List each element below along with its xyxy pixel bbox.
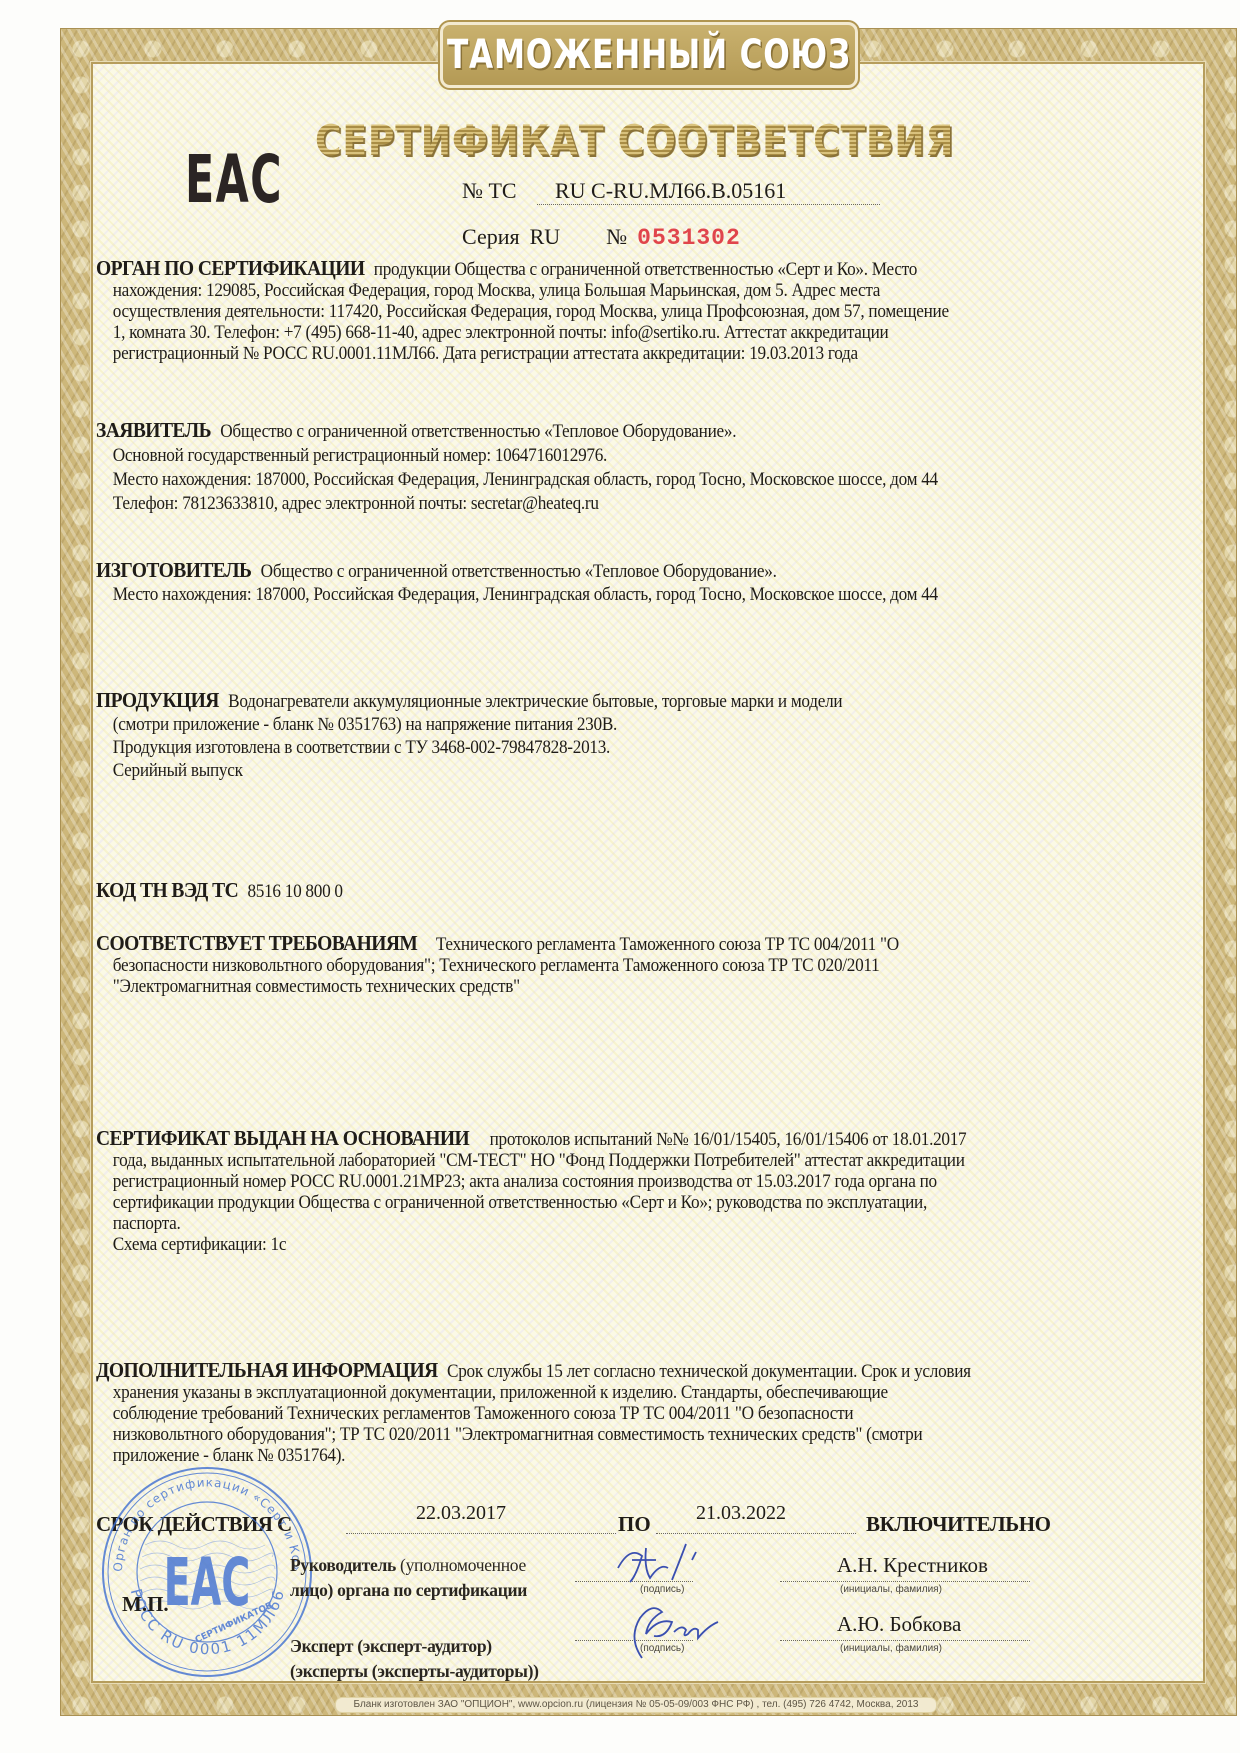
- section-product: ПРОДУКЦИЯВодонагреватели аккумуляционные…: [96, 690, 1100, 782]
- section-text: Место нахождения: 187000, Российская Фед…: [96, 470, 1100, 491]
- section-text: хранения указаны в эксплуатационной доку…: [96, 1383, 1100, 1404]
- document-title: СЕРТИФИКАТ СООТВЕТСТВИЯ: [345, 118, 925, 162]
- section-text: Продукция изготовлена в соответствии с Т…: [96, 738, 1100, 759]
- customs-union-banner: ТАМОЖЕННЫЙ СОЮЗ: [440, 22, 858, 88]
- validity-inclusive-label: ВКЛЮЧИТЕЛЬНО: [866, 1512, 1051, 1537]
- section-text: сертификации продукции Общества с ограни…: [96, 1193, 1100, 1214]
- svg-text:ЕАС: ЕАС: [164, 1543, 251, 1621]
- section-text: низковольтного оборудования"; ТР ТС 020/…: [96, 1425, 1100, 1446]
- section-text: нахождения: 129085, Российская Федерация…: [96, 281, 1100, 302]
- name-caption: (инициалы, фамилия): [840, 1584, 942, 1595]
- expert-signature-icon: [618, 1598, 728, 1668]
- certification-stamp-icon: ЕАС Орган по сертификации «Серт и Ко» РО…: [100, 1465, 315, 1680]
- section-text: (смотри приложение - бланк № 0351763) на…: [96, 715, 1100, 736]
- section-heading: ОРГАН ПО СЕРТИФИКАЦИИ: [96, 256, 364, 280]
- seal-place-label: М.П.: [122, 1592, 169, 1617]
- section-heading: ЗАЯВИТЕЛЬ: [96, 418, 211, 442]
- validity-to-date: 21.03.2022: [656, 1502, 856, 1534]
- head-name: А.Н. Крестников: [837, 1553, 988, 1578]
- validity-from-date: 22.03.2017: [346, 1502, 616, 1534]
- head-role-label: Руководитель (уполномоченное лицо) орган…: [290, 1553, 527, 1603]
- section-text: Технического регламента Таможенного союз…: [436, 935, 899, 955]
- section-heading: ИЗГОТОВИТЕЛЬ: [96, 558, 251, 582]
- series-value: RU: [530, 224, 561, 250]
- validity-to-label: ПО: [618, 1512, 651, 1537]
- section-text: Общество с ограниченной ответственностью…: [261, 562, 777, 582]
- section-text: Серийный выпуск: [96, 761, 1100, 782]
- section-text: продукции Общества с ограниченной ответс…: [374, 260, 917, 280]
- section-text: года, выданных испытательной лабораторие…: [96, 1151, 1100, 1172]
- certificate-number: № ТС RU C-RU.МЛ66.В.05161: [462, 178, 880, 205]
- section-text: Основной государственный регистрационный…: [96, 446, 1100, 467]
- head-name-line: [780, 1581, 1030, 1582]
- role-text: (уполномоченное: [400, 1555, 526, 1575]
- tnved-code-value: 8516 10 800 0: [247, 882, 342, 902]
- section-text: Место нахождения: 187000, Российская Фед…: [96, 585, 1100, 606]
- role-text: органа по сертификации: [337, 1580, 527, 1600]
- section-issued-basis: СЕРТИФИКАТ ВЫДАН НА ОСНОВАНИИпротоколов …: [96, 1128, 1100, 1256]
- blank-number-label: №: [606, 224, 627, 250]
- certificate-number-value: RU C-RU.МЛ66.В.05161: [537, 178, 880, 205]
- section-text: осуществления деятельности: 117420, Росс…: [96, 302, 1100, 323]
- section-text: соблюдение требований Технических реглам…: [96, 1404, 1100, 1425]
- blank-series: Серия RU № 0531302: [462, 224, 741, 251]
- section-manufacturer: ИЗГОТОВИТЕЛЬОбщество с ограниченной отве…: [96, 560, 1100, 606]
- section-text: Срок службы 15 лет согласно технической …: [447, 1362, 971, 1382]
- section-requirements: СООТВЕТСТВУЕТ ТРЕБОВАНИЯМТехнического ре…: [96, 933, 1100, 998]
- section-text: Телефон: 78123633810, адрес электронной …: [96, 494, 1100, 515]
- section-heading: СООТВЕТСТВУЕТ ТРЕБОВАНИЯМ: [96, 931, 417, 955]
- section-heading: ПРОДУКЦИЯ: [96, 688, 219, 712]
- role-text: (эксперты (эксперты-аудиторы)): [290, 1659, 539, 1684]
- signature-caption: (подпись): [640, 1643, 684, 1654]
- expert-name: А.Ю. Бобкова: [837, 1612, 961, 1637]
- role-text: Эксперт (эксперт-аудитор): [290, 1634, 539, 1659]
- section-text: регистрационный № РОСС RU.0001.11МЛ66. Д…: [96, 344, 1100, 365]
- section-text: Схема сертификации: 1с: [96, 1235, 1100, 1256]
- section-applicant: ЗАЯВИТЕЛЬОбщество с ограниченной ответст…: [96, 420, 1100, 515]
- section-text: регистрационный номер РОСС RU.0001.21МР2…: [96, 1172, 1100, 1193]
- banner-text: ТАМОЖЕННЫЙ СОЮЗ: [447, 32, 851, 78]
- role-text: лицо): [290, 1580, 333, 1600]
- section-heading: СЕРТИФИКАТ ВЫДАН НА ОСНОВАНИИ: [96, 1126, 469, 1150]
- section-text: протоколов испытаний №№ 16/01/15405, 16/…: [490, 1130, 967, 1150]
- blank-printer-imprint: Бланк изготовлен ЗАО "ОПЦИОН", www.opcio…: [335, 1697, 937, 1713]
- series-label: Серия: [462, 224, 520, 250]
- section-text: Водонагреватели аккумуляционные электрич…: [228, 692, 842, 712]
- section-additional-info: ДОПОЛНИТЕЛЬНАЯ ИНФОРМАЦИЯСрок службы 15 …: [96, 1360, 1100, 1467]
- section-text: паспорта.: [96, 1214, 1100, 1235]
- section-text: безопасности низковольтного оборудования…: [96, 956, 1100, 977]
- section-text: Общество с ограниченной ответственностью…: [220, 422, 736, 442]
- expert-name-line: [780, 1640, 1030, 1641]
- role-text: Руководитель: [290, 1555, 396, 1575]
- eac-logo-icon: ЕАС: [185, 147, 283, 213]
- section-text: 1, комната 30. Телефон: +7 (495) 668-11-…: [96, 323, 1100, 344]
- name-caption: (инициалы, фамилия): [840, 1643, 942, 1654]
- section-tnved-code: КОД ТН ВЭД ТС8516 10 800 0: [96, 880, 1100, 903]
- section-certification-body: ОРГАН ПО СЕРТИФИКАЦИИпродукции Общества …: [96, 258, 1100, 365]
- signature-caption: (подпись): [640, 1584, 684, 1595]
- section-heading: ДОПОЛНИТЕЛЬНАЯ ИНФОРМАЦИЯ: [96, 1358, 438, 1382]
- document-title-text: СЕРТИФИКАТ СООТВЕТСТВИЯ: [315, 116, 954, 165]
- blank-number-value: 0531302: [637, 225, 741, 251]
- section-text: "Электромагнитная совместимость техничес…: [96, 977, 1100, 998]
- certificate-number-label: № ТС: [462, 178, 537, 204]
- expert-role-label: Эксперт (эксперт-аудитор) (эксперты (экс…: [290, 1634, 539, 1684]
- section-heading: КОД ТН ВЭД ТС: [96, 878, 238, 902]
- section-text: приложение - бланк № 0351764).: [96, 1446, 1100, 1467]
